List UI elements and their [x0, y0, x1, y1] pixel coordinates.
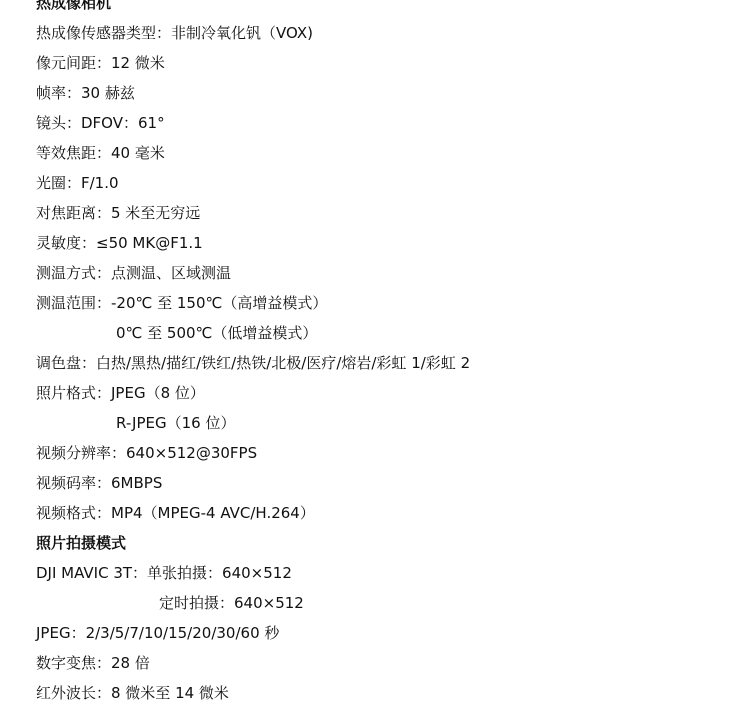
section-heading-thermal-camera: 热成像相机 — [36, 0, 111, 13]
spec-temp-range-low-gain: 0℃ 至 500℃（低增益模式） — [116, 323, 317, 343]
spec-focal-length: 等效焦距：40 毫米 — [36, 143, 165, 163]
spec-palette: 调色盘：白热/黑热/描红/铁红/热铁/北极/医疗/熔岩/彩虹 1/彩虹 2 — [36, 353, 470, 373]
spec-video-bitrate: 视频码率：6MBPS — [36, 473, 162, 493]
spec-aperture: 光圈：F/1.0 — [36, 173, 119, 193]
spec-frame-rate: 帧率：30 赫兹 — [36, 83, 135, 103]
spec-jpeg-intervals: JPEG：2/3/5/7/10/15/20/30/60 秒 — [36, 623, 279, 643]
spec-video-format: 视频格式：MP4（MPEG-4 AVC/H.264） — [36, 503, 315, 523]
spec-focus-range: 对焦距离：5 米至无穷远 — [36, 203, 200, 223]
spec-infrared-wavelength: 红外波长：8 微米至 14 微米 — [36, 683, 229, 703]
spec-digital-zoom: 数字变焦：28 倍 — [36, 653, 150, 673]
spec-photo-format-jpeg: 照片格式：JPEG（8 位） — [36, 383, 205, 403]
section-heading-photo-modes: 照片拍摄模式 — [36, 533, 126, 553]
spec-photo-format-rjpeg: R-JPEG（16 位） — [116, 413, 236, 433]
spec-sensor-type: 热成像传感器类型：非制冷氧化钒（VOX) — [36, 23, 313, 43]
spec-video-resolution: 视频分辨率：640×512@30FPS — [36, 443, 257, 463]
spec-lens: 镜头：DFOV：61° — [36, 113, 165, 133]
spec-pixel-pitch: 像元间距：12 微米 — [36, 53, 165, 73]
spec-interval-shot: 定时拍摄：640×512 — [159, 593, 304, 613]
spec-single-shot: DJI MAVIC 3T：单张拍摄：640×512 — [36, 563, 292, 583]
spec-temp-range-high-gain: 测温范围：-20℃ 至 150℃（高增益模式） — [36, 293, 327, 313]
spec-sensitivity: 灵敏度：≤50 MK@F1.1 — [36, 233, 203, 253]
spec-measurement-method: 测温方式：点测温、区域测温 — [36, 263, 231, 283]
